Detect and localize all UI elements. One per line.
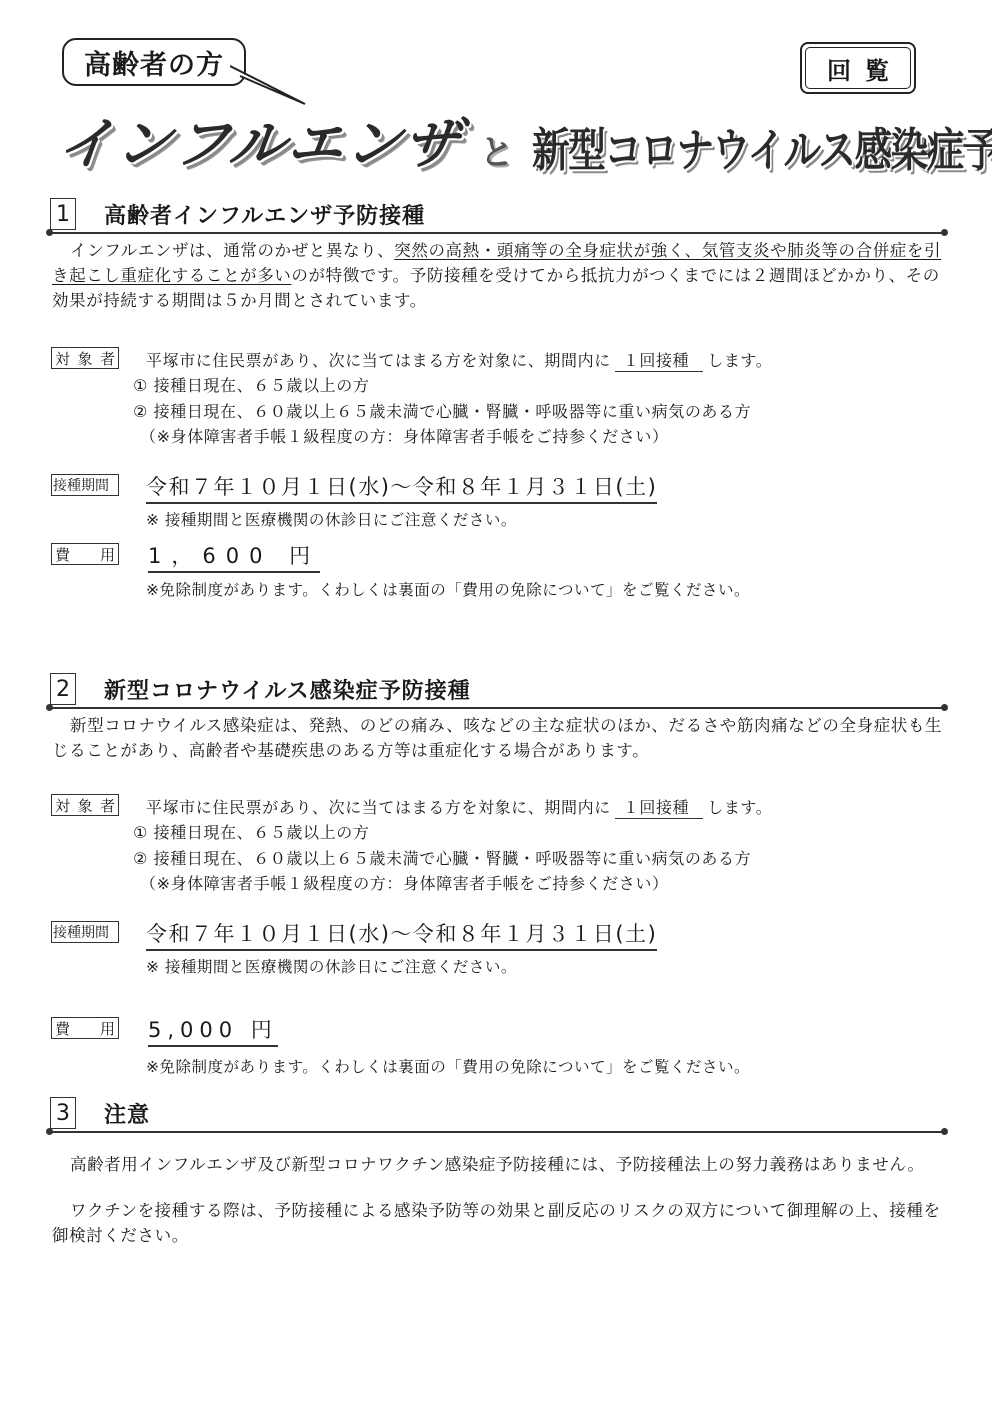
target-item: ① 接種日現在、６５歳以上の方	[133, 820, 369, 843]
divider-dot-icon	[46, 1128, 53, 1135]
caution-paragraph: ワクチンを接種する際は、予防接種による感染予防等の効果と副反応のリスクの双方につ…	[52, 1198, 947, 1248]
section-number: 2	[50, 673, 76, 705]
title-influenza: インフルエンザ	[54, 100, 466, 180]
section-2-header: 2 新型コロナウイルス感染症予防接種	[48, 673, 948, 709]
title-covid: 新型コロナウイルス感染症予防接種	[532, 114, 992, 180]
audience-bubble: 高齢者の方	[62, 38, 246, 86]
title-connector: と	[480, 125, 514, 174]
target-description: 平塚市に住民票があり、次に当てはまる方を対象に、期間内に１回接種します。	[146, 795, 772, 819]
section-2-intro: 新型コロナウイルス感染症は、発熱、のどの痛み、咳などの主な症状のほか、だるさや筋…	[52, 713, 947, 763]
divider-dot-icon	[46, 229, 53, 236]
audience-label: 高齢者の方	[84, 43, 224, 82]
section-1-intro: インフルエンザは、通常のかぜと異なり、突然の高熱・頭痛等の全身症状が強く、気管支…	[52, 238, 947, 313]
circulation-stamp: 回覧	[800, 42, 916, 94]
target-description: 平塚市に住民票があり、次に当てはまる方を対象に、期間内に１回接種します。	[146, 348, 772, 372]
cost-label: 費用	[51, 543, 119, 565]
target-label: 対象者	[51, 794, 119, 816]
divider-dot-icon	[46, 704, 53, 711]
cost-value: 5,000 円	[148, 1014, 278, 1047]
divider-dot-icon	[941, 704, 948, 711]
section-title: 新型コロナウイルス感染症予防接種	[104, 674, 471, 705]
section-number: 3	[50, 1097, 76, 1129]
cost-label: 費用	[51, 1017, 119, 1039]
divider	[48, 1131, 944, 1133]
section-title: 注意	[104, 1098, 150, 1129]
period-value: 令和７年１０月１日(水)～令和８年１月３１日(土)	[146, 471, 657, 504]
section-3-header: 3 注意	[48, 1097, 948, 1133]
target-note: （※身体障害者手帳１級程度の方：身体障害者手帳をご持参ください）	[140, 424, 669, 447]
divider	[48, 707, 944, 709]
cost-note: ※免除制度があります。くわしくは裏面の「費用の免除について」をご覧ください。	[146, 1055, 750, 1077]
period-value: 令和７年１０月１日(水)～令和８年１月３１日(土)	[146, 918, 657, 951]
section-number: 1	[50, 198, 76, 230]
section-title: 高齢者インフルエンザ予防接種	[104, 199, 425, 230]
period-note: ※ 接種期間と医療機関の休診日にご注意ください。	[146, 508, 517, 530]
dose-count: １回接種	[615, 795, 703, 819]
period-label: 接種期間	[51, 474, 119, 496]
divider-dot-icon	[941, 1128, 948, 1135]
section-1-header: 1 高齢者インフルエンザ予防接種	[48, 198, 948, 234]
period-label: 接種期間	[51, 921, 119, 943]
target-item: ② 接種日現在、６０歳以上６５歳未満で心臓・腎臓・呼吸器等に重い病気のある方	[133, 399, 751, 422]
cost-value: 1，600 円	[148, 540, 320, 573]
period-note: ※ 接種期間と医療機関の休診日にご注意ください。	[146, 955, 517, 977]
target-item: ① 接種日現在、６５歳以上の方	[133, 373, 369, 396]
divider-dot-icon	[941, 229, 948, 236]
dose-count: １回接種	[615, 348, 703, 372]
target-item: ② 接種日現在、６０歳以上６５歳未満で心臓・腎臓・呼吸器等に重い病気のある方	[133, 846, 751, 869]
target-label: 対象者	[51, 347, 119, 369]
caution-paragraph: 高齢者用インフルエンザ及び新型コロナワクチン感染症予防接種には、予防接種法上の努…	[52, 1152, 947, 1177]
cost-note: ※免除制度があります。くわしくは裏面の「費用の免除について」をご覧ください。	[146, 578, 750, 600]
circulation-label: 回覧	[827, 51, 903, 86]
divider	[48, 232, 944, 234]
page-title: インフルエンザ と 新型コロナウイルス感染症予防接種	[58, 110, 958, 180]
target-note: （※身体障害者手帳１級程度の方：身体障害者手帳をご持参ください）	[140, 871, 669, 894]
